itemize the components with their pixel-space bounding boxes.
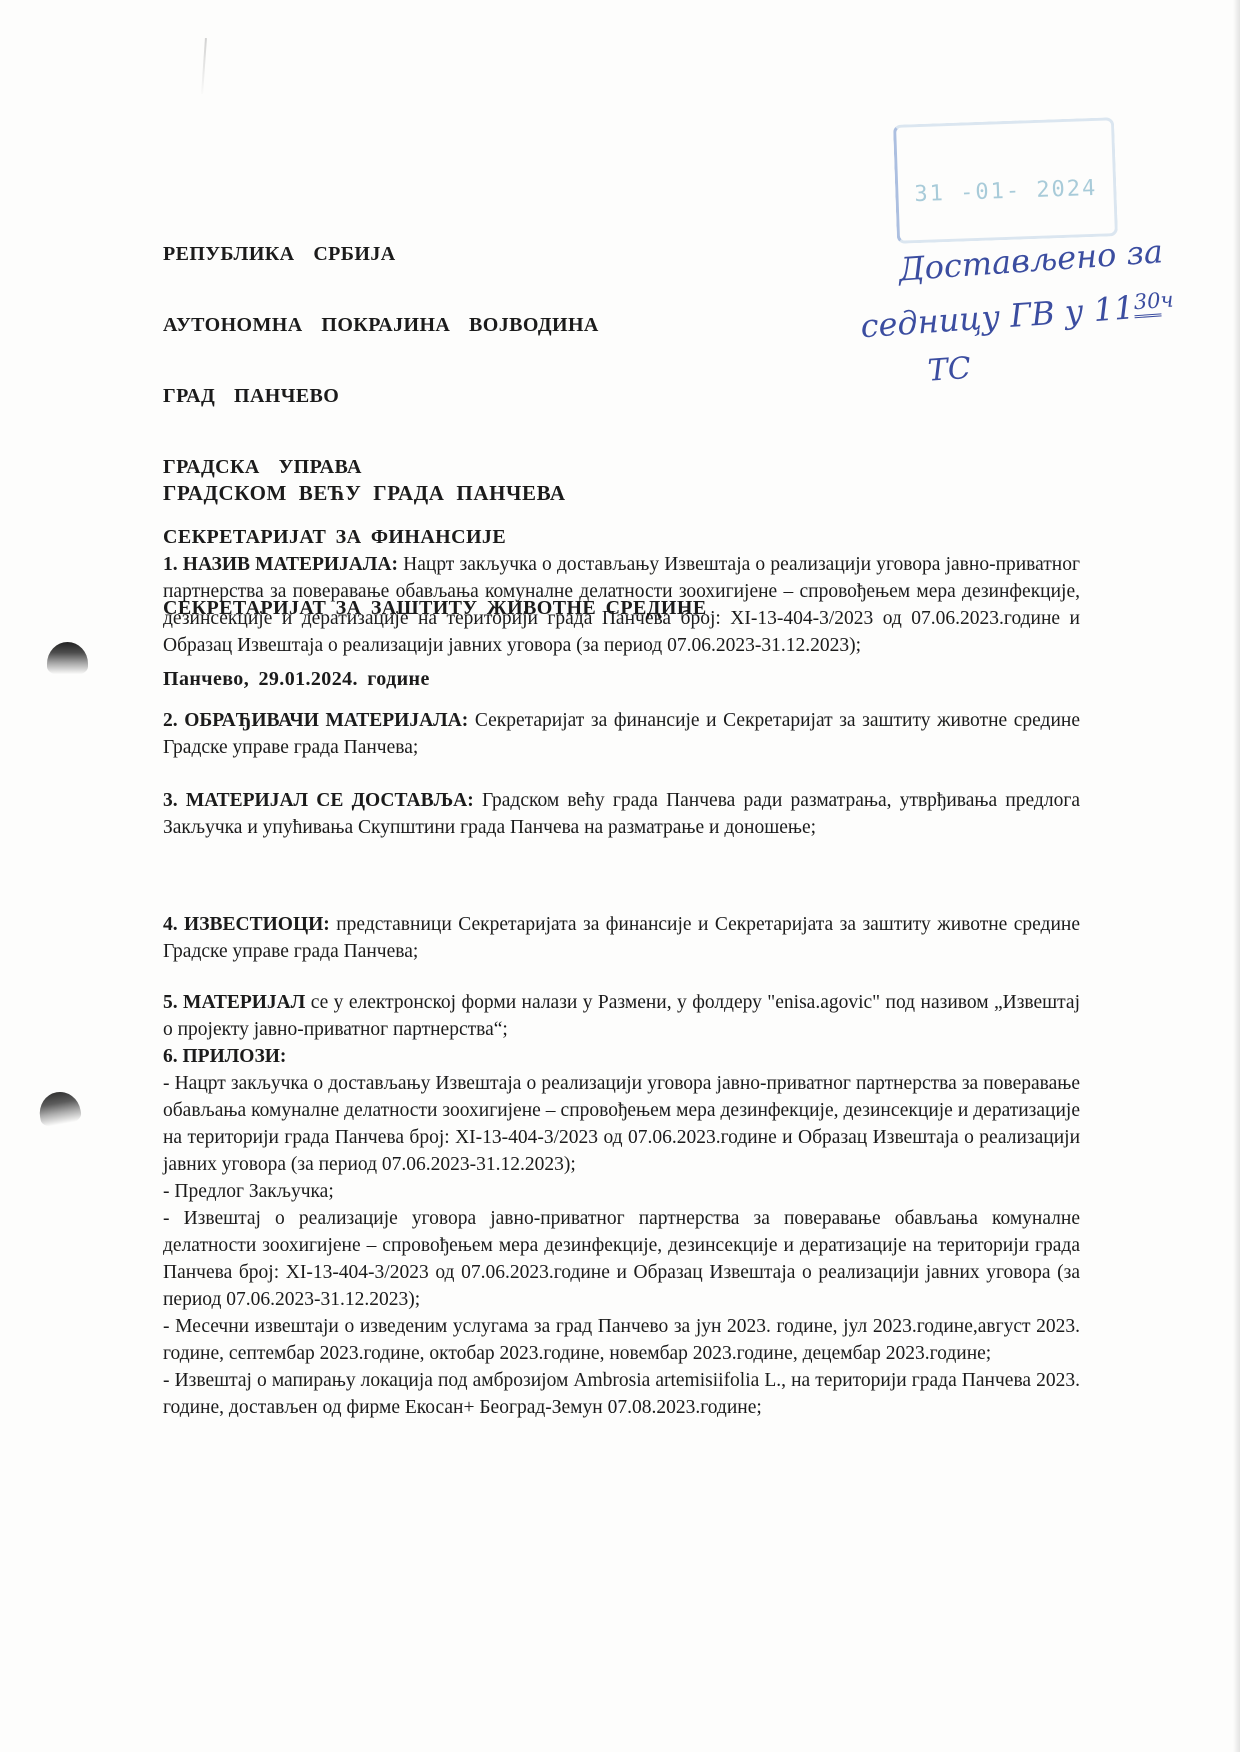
section-label: 2. ОБРАЂИВАЧИ МАТЕРИЈАЛА: <box>163 710 468 731</box>
letterhead-line-province: АУТОНОМНА ПОКРАЈИНА ВОЈВОДИНА <box>163 314 707 338</box>
handwritten-note: Достављено за седницу ГВ у 1130ч ТС <box>853 224 1223 401</box>
section-rapporteurs: 4. ИЗВЕСТИОЦИ: представници Секретаријат… <box>163 911 1080 965</box>
section-material-delivery: 3. МАТЕРИЈАЛ СЕ ДОСТАВЉА: Градском већу … <box>163 787 1080 841</box>
attachment-item: - Извештај о мапирању локација под амбро… <box>163 1367 1080 1421</box>
section-label: 3. МАТЕРИЈАЛ СЕ ДОСТАВЉА: <box>163 790 474 811</box>
attachment-item: - Месечни извештаји о изведеним услугама… <box>163 1313 1080 1367</box>
letterhead-line-finance-secretariat: СЕКРЕТАРИЈАТ ЗА ФИНАНСИЈЕ <box>163 526 707 550</box>
section-material-name: 1. НАЗИВ МАТЕРИЈАЛА: Нацрт закључка о до… <box>163 551 1080 659</box>
section-material-location: 5. МАТЕРИЈАЛ се у електронској форми нал… <box>163 989 1080 1043</box>
section-material-processors: 2. ОБРАЂИВАЧИ МАТЕРИЈАЛА: Секретаријат з… <box>163 707 1080 761</box>
attachments-heading: 6. ПРИЛОЗИ: <box>163 1043 1080 1070</box>
section-label: 1. НАЗИВ МАТЕРИЈАЛА: <box>163 554 398 575</box>
recipient-title: ГРАДСКОМ ВЕЋУ ГРАДА ПАНЧЕВА <box>163 481 566 506</box>
letterhead-line-republic: РЕПУБЛИКА СРБИЈА <box>163 243 707 267</box>
attachment-item: - Нацрт закључка о достављању Извештаја … <box>163 1070 1080 1178</box>
letterhead-line-administration: ГРАДСКА УПРАВА <box>163 456 707 480</box>
scan-artifact <box>201 38 207 94</box>
date-received-stamp: 31 -01- 2024 <box>893 117 1118 244</box>
scan-edge-shadow <box>1233 0 1240 1752</box>
section-material-location-and-attachments: 5. МАТЕРИЈАЛ се у електронској форми нал… <box>163 989 1080 1421</box>
binder-hole-shadow <box>47 642 88 676</box>
attachment-item: - Извештај о реализације уговора јавно-п… <box>163 1205 1080 1313</box>
section-label: 5. МАТЕРИЈАЛ <box>163 992 305 1013</box>
attachment-item: - Предлог Закључка; <box>163 1178 1080 1205</box>
section-label: 4. ИЗВЕСТИОЦИ: <box>163 914 330 935</box>
scanned-document-page: 31 -01- 2024 Достављено за седницу ГВ у … <box>0 0 1240 1752</box>
binder-hole-shadow <box>36 1089 82 1130</box>
letterhead-line-city: ГРАД ПАНЧЕВО <box>163 385 707 409</box>
stamp-date: 31 -01- 2024 <box>898 175 1114 207</box>
letterhead-line-place-date: Панчево, 29.01.2024. године <box>163 668 707 692</box>
